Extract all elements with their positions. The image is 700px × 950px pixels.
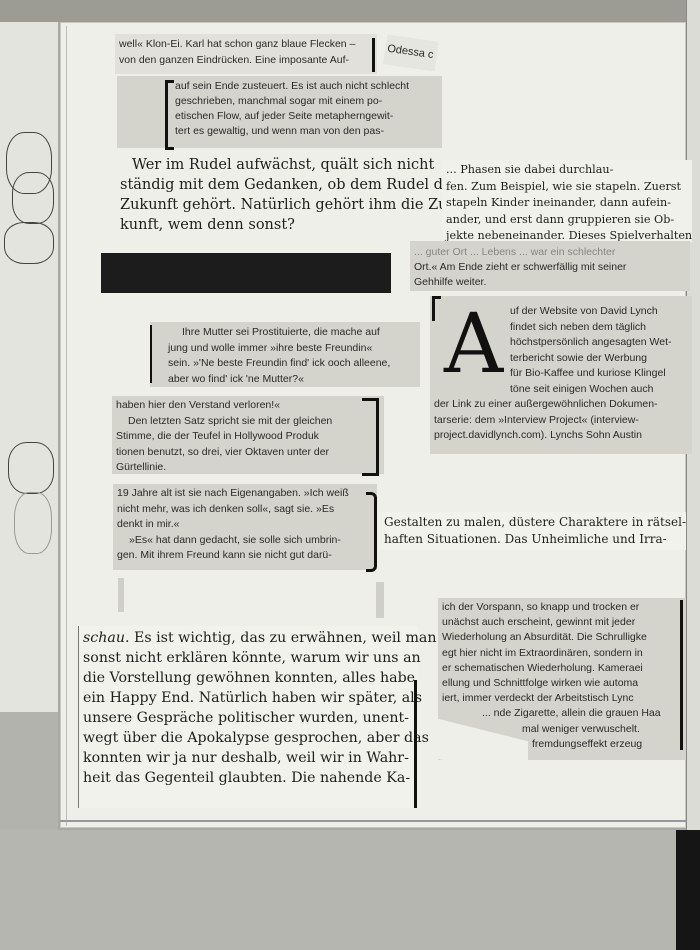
text-line: ander, und erst dann gruppieren sie Ob-	[446, 212, 688, 229]
italic-word: schau.	[83, 630, 129, 646]
text-line: 19 Jahre alt ist sie nach Eigenangaben. …	[117, 486, 373, 502]
text-line: Gürtellinie.	[116, 460, 380, 476]
text-line: fen. Zum Beispiel, wie sie stapeln. Zuer…	[446, 179, 688, 196]
text-line: etischen Flow, auf jeder Seite metaphern…	[175, 109, 438, 124]
text-line: heit das Gegenteil glaubten. Die nahende…	[83, 768, 414, 788]
text-line: stapeln Kinder ineinander, dann aufein-	[446, 195, 688, 212]
text-line: Es ist wichtig, das zu erwähnen, weil ma…	[129, 630, 436, 646]
text-line: gen. Mit ihrem Freund kann sie nicht gut…	[117, 548, 373, 564]
text-line: aber wo find' ick 'ne Mutter?«	[168, 372, 416, 388]
page-margin-line	[66, 26, 67, 826]
pencil-sketch-hands	[0, 22, 58, 712]
clipping-fragment	[376, 582, 384, 618]
clipping-david-lynch: A uf der Website von David Lynch findet …	[430, 296, 692, 454]
clipping-fragment	[118, 578, 124, 612]
text-line: unsere Gespräche politischer wurden, une…	[83, 708, 414, 728]
text-line: sonst nicht erklären könnte, warum wir u…	[83, 648, 414, 668]
clipping-gestalten: Gestalten zu malen, düstere Charaktere i…	[378, 512, 686, 550]
text-line: »Es« hat dann gedacht, sie solle sich um…	[117, 533, 373, 549]
text-line: haben hier den Verstand verloren!«	[116, 398, 380, 414]
text-line: geschrieben, manchmal sogar mit einem po…	[175, 94, 438, 109]
text-line: tarserie: dem »Interview Project« (inter…	[434, 413, 688, 429]
clipping-verstand: haben hier den Verstand verloren!« Den l…	[112, 396, 384, 474]
text-line: haften Situationen. Das Unheimliche und …	[384, 531, 680, 548]
text-line: konnten wir ja nur deshalb, weil wir in …	[83, 748, 414, 768]
text-line: Gehhilfe weiter.	[414, 275, 686, 290]
text-line: die Vorstellung gewöhnen konnten, alles …	[83, 668, 414, 688]
text-line: unächst auch erscheint, gewinnt mit jede…	[442, 615, 682, 630]
bracket-mark	[165, 80, 174, 150]
text-line: tert es gewaltig, und wenn man von den p…	[175, 124, 438, 139]
text-line: Zukunft gehört. Natürlich gehört ihm die…	[120, 195, 422, 215]
bracket-mark	[432, 296, 441, 321]
text-line: denkt in mir.«	[117, 517, 373, 533]
text-line: ich der Vorspann, so knapp und trocken e…	[442, 600, 682, 615]
bracket-mark	[372, 38, 375, 72]
clipping-mutter: Ihre Mutter sei Prostituierte, die mache…	[150, 322, 420, 387]
clipping-gehhilfe: ... guter Ort ... Lebens ... war ein sch…	[410, 241, 690, 291]
text-line: ... Phasen sie dabei durchlau-	[446, 162, 688, 179]
text-line: Stimme, die der Teufel in Hollywood Prod…	[116, 429, 380, 445]
text-line: Den letzten Satz spricht sie mit der gle…	[116, 414, 380, 430]
clipping-schau: schau. Es ist wichtig, das zu erwähnen, …	[78, 626, 418, 808]
bracket-mark	[150, 325, 152, 383]
text-line: Wiederholung an Absurdität. Die Schrulli…	[442, 630, 682, 645]
text-line: ... nde Zigarette, allein die grauen Haa	[442, 706, 682, 721]
text-line: Ort.« Am Ende zieht er schwerfällig mit …	[414, 260, 686, 275]
bracket-mark	[366, 492, 377, 572]
text-line: jung und wolle immer »ihre beste Freundi…	[168, 341, 416, 357]
text-line: ... guter Ort ... Lebens ... war ein sch…	[414, 245, 686, 260]
text-line: ständig mit dem Gedanken, ob dem Rudel d…	[120, 175, 422, 195]
text-line: Wer im Rudel aufwächst, quält sich nicht	[120, 155, 422, 175]
text-line: well« Klon-Ei. Karl hat schon ganz blaue…	[119, 36, 373, 52]
bracket-mark	[680, 600, 683, 750]
dark-binding-edge	[676, 830, 700, 950]
scan-background-top	[0, 0, 700, 22]
text-line: ellung und Schnittfolge wirken wie autom…	[442, 676, 682, 691]
odessa-label: Odessa c	[387, 43, 436, 62]
text-line: sein. »'Ne beste Freundin find' ick ooch…	[168, 356, 416, 372]
text-line: von den ganzen Eindrücken. Eine imposant…	[119, 52, 373, 68]
text-line: der Link zu einer außergewöhnlichen Doku…	[434, 397, 688, 413]
text-line: ein Happy End. Natürlich haben wir späte…	[83, 688, 414, 708]
text-line: iert, immer verdeckt der Arbeitstisch Ly…	[442, 691, 682, 706]
text-line: project.davidlynch.com). Lynchs Sohn Aus…	[434, 428, 688, 444]
clipping-rudel: Wer im Rudel aufwächst, quält sich nicht…	[112, 155, 422, 247]
text-line: wegt über die Apokalypse gesprochen, abe…	[83, 728, 414, 748]
text-line: er schematischen Wiederholung. Kameraei	[442, 661, 682, 676]
redaction-bar	[101, 253, 391, 293]
text-line: auf sein Ende zusteuert. Es ist auch nic…	[175, 79, 438, 94]
clipping-klon-ei: well« Klon-Ei. Karl hat schon ganz blaue…	[115, 34, 377, 74]
bracket-mark	[362, 398, 379, 476]
drop-cap: A	[444, 304, 503, 386]
text-line: nicht mehr, was ich denken soll«, sagt s…	[117, 502, 373, 518]
scan-background-bottom	[0, 830, 700, 950]
text-line: kunft, wem denn sonst?	[120, 215, 422, 235]
bracket-mark	[414, 680, 417, 808]
text-line: tionen benutzt, so drei, vier Oktaven un…	[116, 445, 380, 461]
clipping-19-jahre: 19 Jahre alt ist sie nach Eigenangaben. …	[113, 484, 377, 570]
text-line: egt hier nicht im Extraordinären, sonder…	[442, 646, 682, 661]
text-line: Gestalten zu malen, düstere Charaktere i…	[384, 514, 680, 531]
page-bottom-edge	[60, 820, 686, 822]
text-line: Ihre Mutter sei Prostituierte, die mache…	[168, 325, 416, 341]
clipping-stapeln: ... Phasen sie dabei durchlau- fen. Zum …	[442, 160, 692, 242]
